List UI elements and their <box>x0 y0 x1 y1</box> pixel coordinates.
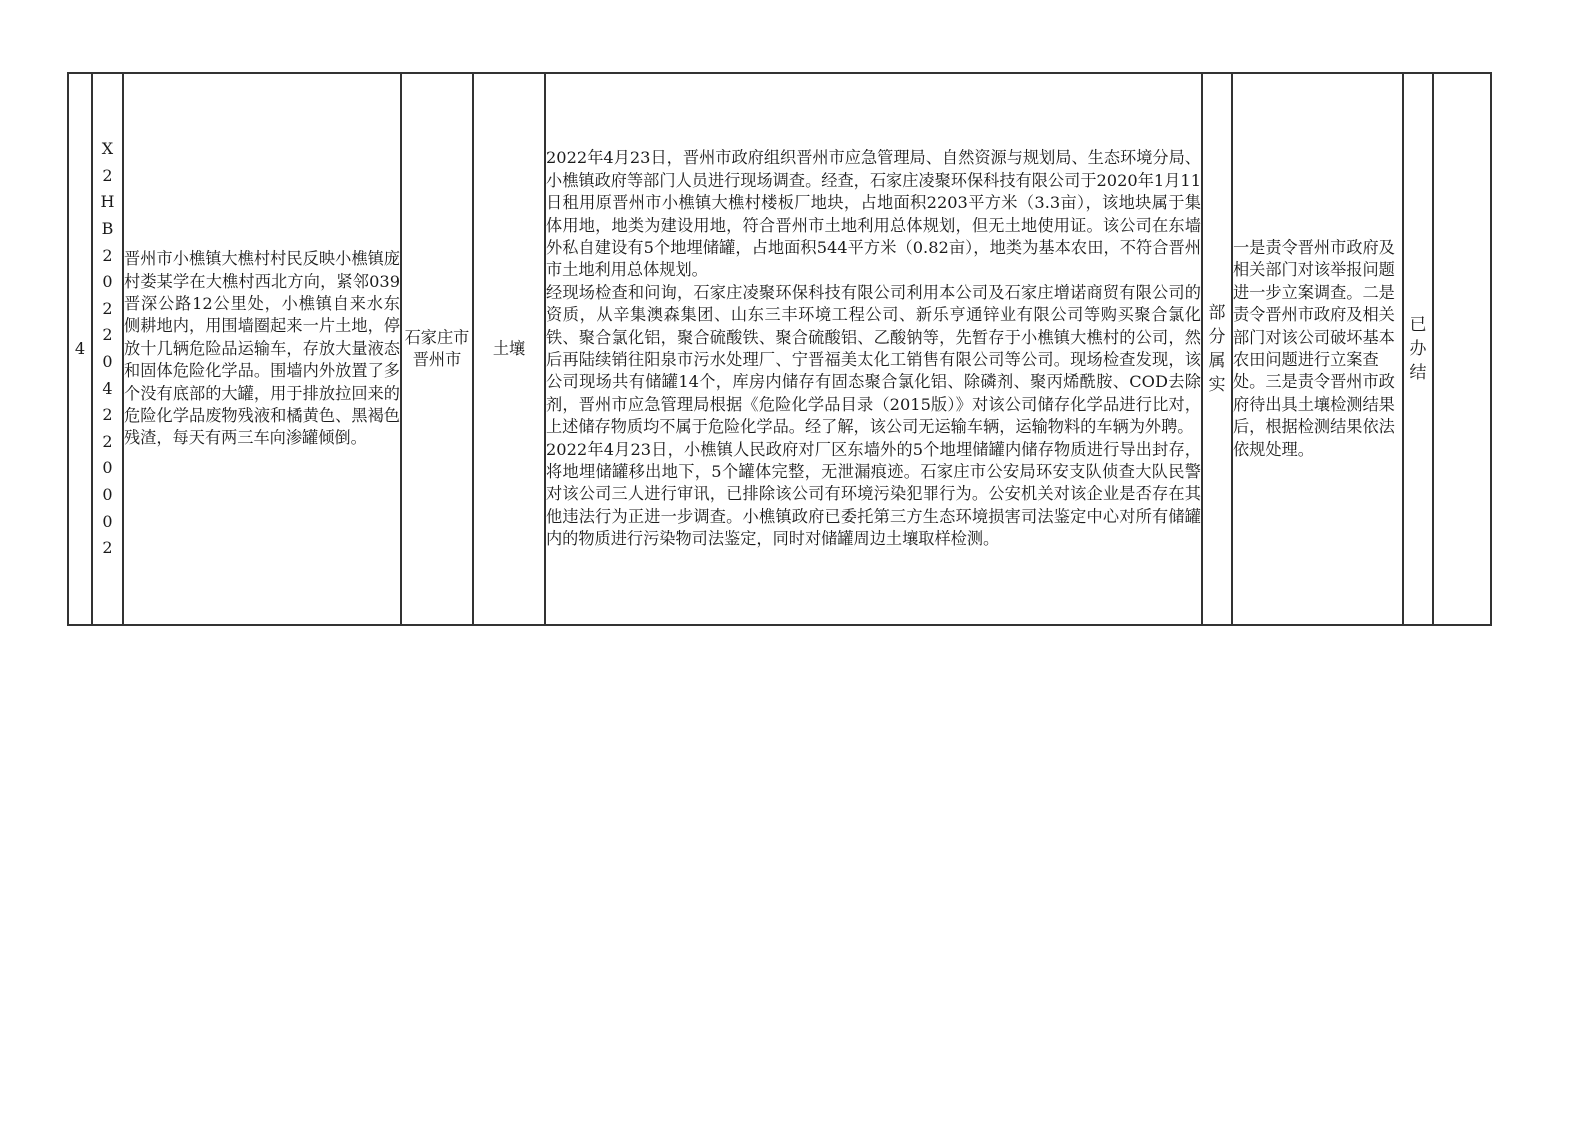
finding-paragraph-3: 2022年4月23日，小樵镇人民政府对厂区东墙外的5个地埋储罐内储存物质进行导出… <box>546 439 1201 551</box>
status-cell: 已办结 <box>1403 73 1433 625</box>
remarks <box>1433 73 1491 625</box>
complaint-content: 晋州市小樵镇大樵村村民反映小樵镇庞村娄某学在大樵村西北方向，紧邻039晋深公路1… <box>123 73 401 625</box>
pollution-type: 土壤 <box>473 73 545 625</box>
complaint-table: 4 X2HB2022042200 02 晋州市小樵镇大樵村村民反映小樵镇庞村娄某… <box>67 72 1492 626</box>
region: 石家庄市晋州市 <box>401 73 473 625</box>
finding-paragraph-1: 2022年4月23日，晋州市政府组织晋州市应急管理局、自然资源与规划局、生态环境… <box>546 147 1201 281</box>
table-row: 4 X2HB2022042200 02 晋州市小樵镇大樵村村民反映小樵镇庞村娄某… <box>68 73 1491 625</box>
verdict: 部分属实 <box>1208 301 1226 397</box>
case-id-cell: X2HB2022042200 02 <box>92 73 123 625</box>
row-number: 4 <box>68 73 92 625</box>
status: 已办结 <box>1409 313 1427 385</box>
investigation-findings: 2022年4月23日，晋州市政府组织晋州市应急管理局、自然资源与规划局、生态环境… <box>545 73 1202 625</box>
verdict-cell: 部分属实 <box>1202 73 1232 625</box>
case-id: X2HB2022042200 02 <box>98 136 118 562</box>
finding-paragraph-2: 经现场检查和问询，石家庄凌聚环保科技有限公司利用本公司及石家庄增诺商贸有限公司的… <box>546 282 1201 439</box>
handling-actions: 一是责令晋州市政府及相关部门对该举报问题进一步立案调查。二是责令晋州市政府及相关… <box>1232 73 1403 625</box>
